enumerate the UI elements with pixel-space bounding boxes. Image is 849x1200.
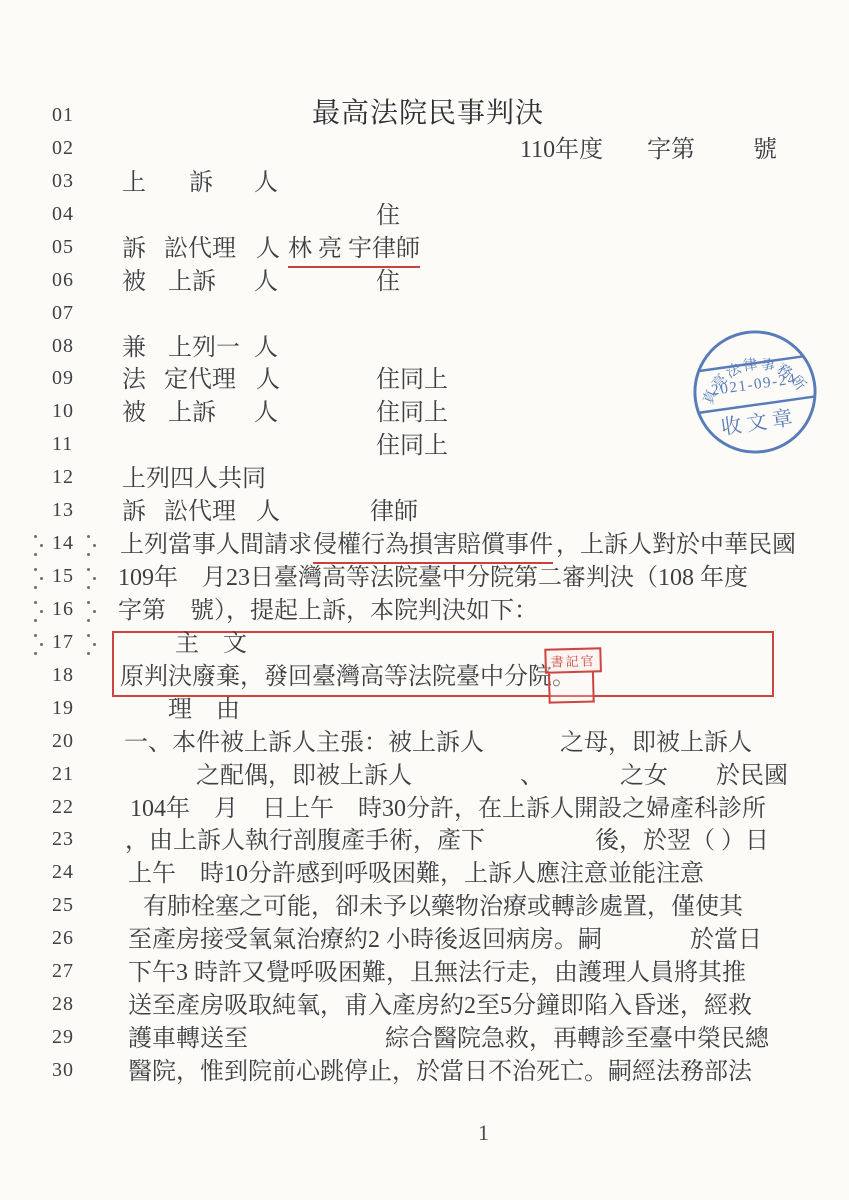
- line-number: 07: [52, 302, 92, 325]
- line-text: 於民國: [716, 760, 788, 792]
- line-number: 18: [52, 664, 92, 687]
- line-text: 理 由: [168, 694, 240, 726]
- document-line: 20一、本件被上訴人主張：被上訴人之母，即被上訴人: [0, 727, 849, 761]
- stamp-received-label: 收文章: [720, 406, 799, 439]
- line-number: 20: [52, 730, 92, 753]
- page-number: 1: [478, 1120, 489, 1146]
- line-text: 人: [254, 332, 278, 364]
- document-line: 23，由上訴人執行剖腹產手術，產下後，於翌（ ）日: [0, 825, 849, 859]
- line-text: 法: [122, 364, 146, 396]
- clerk-stamp-signature-box: [548, 672, 595, 703]
- line-number: 01: [52, 104, 92, 127]
- line-number: 29: [52, 1026, 92, 1049]
- line-number: 26: [52, 927, 92, 950]
- line-text: 定代理: [164, 364, 236, 396]
- line-text: ，上訴人對於中華民國: [556, 529, 796, 561]
- line-text: 被: [122, 397, 146, 429]
- line-text: 訟代理: [164, 496, 236, 528]
- law-firm-received-stamp: 真亮法律事務所 2021-09-24 收文章: [690, 327, 820, 457]
- document-line: 22104年 月 日上午 時30分許，在上訴人開設之婦產科診所: [0, 793, 849, 827]
- document-line: 28送至產房吸取純氧，甫入產房約2至5分鐘即陷入昏迷，經救: [0, 990, 849, 1024]
- line-text: 人: [256, 496, 280, 528]
- line-text: ，由上訴人執行剖腹產手術，產下: [125, 825, 485, 857]
- line-text: 訟代理: [164, 233, 236, 265]
- document-line: 14上列當事人間請求侵權行為損害賠償事件，上訴人對於中華民國: [0, 529, 849, 563]
- line-number: 27: [52, 960, 92, 983]
- line-text: 110年度: [520, 134, 603, 166]
- line-text: 之配偶，即被上訴人: [196, 760, 412, 792]
- line-text: 原判決廢棄，發回臺灣高等法院臺中分院。: [120, 661, 576, 693]
- judgment-page: 01最高法院民事判決02110年度字第號03上訴人04住05訴訟代理人林 亮 宇…: [0, 0, 849, 1200]
- line-text: 至產房接受氧氣治療約2 小時後返回病房。嗣: [128, 924, 602, 956]
- line-number: 14: [52, 532, 92, 555]
- line-number: 10: [52, 400, 92, 423]
- line-text: 人: [254, 266, 278, 298]
- line-number: 03: [52, 170, 92, 193]
- document-line: 05訴訟代理人林 亮 宇律師: [0, 233, 849, 267]
- document-line: 16字第 號），提起上訴，本院判決如下：: [0, 595, 849, 629]
- line-text: 之女: [620, 760, 668, 792]
- line-number: 21: [52, 763, 92, 786]
- document-line: 15109年 月23日臺灣高等法院臺中分院第二審判決（108 年度: [0, 562, 849, 596]
- line-text: 最高法院民事判決: [312, 98, 544, 130]
- red-underlined-text: 侵權行為損害賠償事件: [313, 529, 553, 564]
- line-text: 字第 號），提起上訴，本院判決如下：: [118, 595, 538, 627]
- line-text: 住: [376, 266, 400, 298]
- line-number: 16: [52, 598, 92, 621]
- line-number: 02: [52, 137, 92, 160]
- line-text: 字第: [647, 134, 695, 166]
- line-text: 一、本件被上訴人主張：被上訴人: [124, 727, 484, 759]
- line-text: 上訴: [168, 266, 216, 298]
- document-line: 12上列四人共同: [0, 463, 849, 497]
- line-number: 24: [52, 861, 92, 884]
- document-line: 30醫院，惟到院前心跳停止，於當日不治死亡。嗣經法務部法: [0, 1056, 849, 1090]
- document-line: 25有肺栓塞之可能，卻未予以藥物治療或轉診處置，僅使其: [0, 891, 849, 925]
- line-number: 28: [52, 993, 92, 1016]
- line-number: 05: [52, 236, 92, 259]
- line-text: 住同上: [376, 364, 448, 396]
- line-text: 兼: [122, 332, 146, 364]
- line-number: 09: [52, 367, 92, 390]
- line-text: 住同上: [376, 430, 448, 462]
- line-text: 被: [122, 266, 146, 298]
- document-line: 27下午3 時許又覺呼吸困難，且無法行走，由護理人員將其推: [0, 957, 849, 991]
- line-text: 住同上: [376, 397, 448, 429]
- line-text: 人: [256, 233, 280, 265]
- document-line: 06被上訴人住: [0, 266, 849, 300]
- line-text: 綜合醫院急救，再轉診至臺中榮民總: [385, 1023, 769, 1055]
- line-text: 護車轉送至: [128, 1023, 248, 1055]
- line-text: 住: [376, 200, 400, 232]
- line-text: 上訴: [168, 397, 216, 429]
- document-line: 01最高法院民事判決: [0, 101, 849, 135]
- line-text: 上列一: [168, 332, 240, 364]
- line-number: 22: [52, 796, 92, 819]
- line-number: 13: [52, 499, 92, 522]
- line-text: 訴: [122, 496, 146, 528]
- line-text: 人: [256, 364, 280, 396]
- document-line: 18原判決廢棄，發回臺灣高等法院臺中分院。: [0, 661, 849, 695]
- line-number: 08: [52, 335, 92, 358]
- line-number: 11: [52, 433, 92, 456]
- line-text: 104年 月 日上午 時30分許，在上訴人開設之婦產科診所: [130, 793, 766, 825]
- document-line: 21之配偶，即被上訴人、之女於民國: [0, 760, 849, 794]
- line-text: 上列四人共同: [122, 463, 266, 495]
- line-text: 下午3 時許又覺呼吸困難，且無法行走，由護理人員將其推: [128, 957, 746, 989]
- line-text: 人: [254, 397, 278, 429]
- line-text: 人: [254, 167, 278, 199]
- line-text: 、: [520, 760, 544, 792]
- line-number: 06: [52, 269, 92, 292]
- line-number: 12: [52, 466, 92, 489]
- line-text: 律師: [370, 496, 418, 528]
- document-line: 02110年度字第號: [0, 134, 849, 168]
- line-text: 109年 月23日臺灣高等法院臺中分院第二審判決（108 年度: [118, 562, 748, 594]
- line-text: 訴: [122, 233, 146, 265]
- line-text: 上午 時10分許感到呼吸困難，上訴人應注意並能注意: [128, 858, 704, 890]
- clerk-stamp-label: 書記官: [544, 647, 602, 673]
- document-line: 29護車轉送至綜合醫院急救，再轉診至臺中榮民總: [0, 1023, 849, 1057]
- line-text: 有肺栓塞之可能，卻未予以藥物治療或轉診處置，僅使其: [143, 891, 743, 923]
- document-line: 26至產房接受氧氣治療約2 小時後返回病房。嗣於當日: [0, 924, 849, 958]
- document-line: 24上午 時10分許感到呼吸困難，上訴人應注意並能注意: [0, 858, 849, 892]
- line-text: 訴: [189, 167, 213, 199]
- document-line: 03上訴人: [0, 167, 849, 201]
- line-text: 後，於翌（ ）日: [595, 825, 769, 857]
- document-line: 17主 文: [0, 628, 849, 662]
- document-line: 04住: [0, 200, 849, 234]
- red-underlined-text: 林 亮 宇律師: [288, 233, 420, 268]
- line-text: 醫院，惟到院前心跳停止，於當日不治死亡。嗣經法務部法: [128, 1056, 752, 1088]
- line-number: 15: [52, 565, 92, 588]
- document-line: 13訴訟代理人律師: [0, 496, 849, 530]
- document-line: 19理 由: [0, 694, 849, 728]
- line-text: 上列當事人間請求: [120, 529, 312, 561]
- line-text: 於當日: [690, 924, 762, 956]
- line-number: 25: [52, 894, 92, 917]
- line-number: 30: [52, 1059, 92, 1082]
- line-text: 號: [753, 134, 777, 166]
- line-text: 之母，即被上訴人: [560, 727, 752, 759]
- clerk-stamp: 書記官: [544, 647, 602, 703]
- line-number: 23: [52, 828, 92, 851]
- line-number: 04: [52, 203, 92, 226]
- line-text: 送至產房吸取純氧，甫入產房約2至5分鐘即陷入昏迷，經救: [128, 990, 752, 1022]
- line-number: 19: [52, 697, 92, 720]
- line-text: 主 文: [175, 628, 247, 660]
- line-text: 上: [122, 167, 146, 199]
- line-number: 17: [52, 631, 92, 654]
